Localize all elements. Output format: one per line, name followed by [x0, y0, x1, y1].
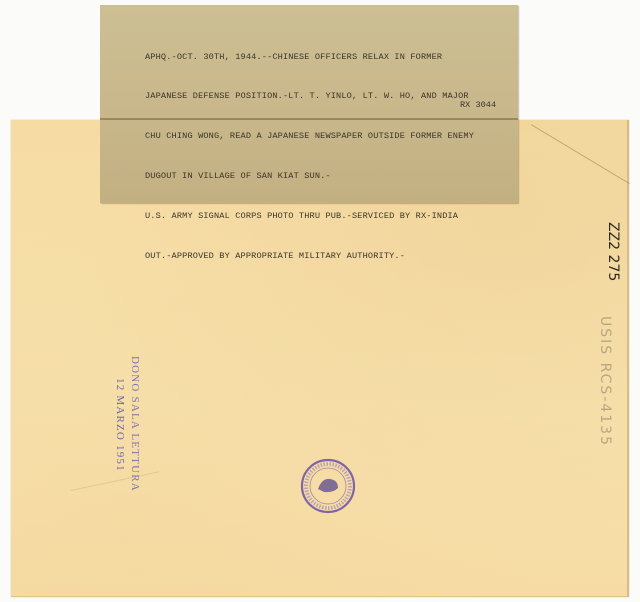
paper-crease — [531, 124, 630, 184]
caption-line: DUGOUT IN VILLAGE OF SAN KIAT SUN.- — [145, 170, 515, 183]
stamp-line-2: 12 MARZO 1951 — [114, 378, 126, 472]
caption-reference-number: RX 3044 — [460, 100, 496, 110]
caption-line: CHU CHING WONG, READ A JAPANESE NEWSPAPE… — [145, 130, 515, 143]
paper-crease — [71, 471, 159, 491]
pencil-reference: USIS RCS-4135 — [597, 316, 613, 447]
caption-line: OUT.-APPROVED BY APPROPRIATE MILITARY AU… — [145, 250, 515, 263]
caption-text: APHQ.-OCT. 30th, 1944.--CHINESE OFFICERS… — [145, 24, 515, 277]
seal-stamp-icon — [300, 458, 356, 514]
caption-line: U.S. ARMY SIGNAL CORPS PHOTO THRU PUB.-S… — [145, 210, 515, 223]
caption-line: APHQ.-OCT. 30th, 1944.--CHINESE OFFICERS… — [145, 51, 515, 64]
inventory-number: ZZ2 275 — [605, 222, 621, 281]
stamp-line-1: DONO SALA LETTURA — [129, 356, 141, 492]
